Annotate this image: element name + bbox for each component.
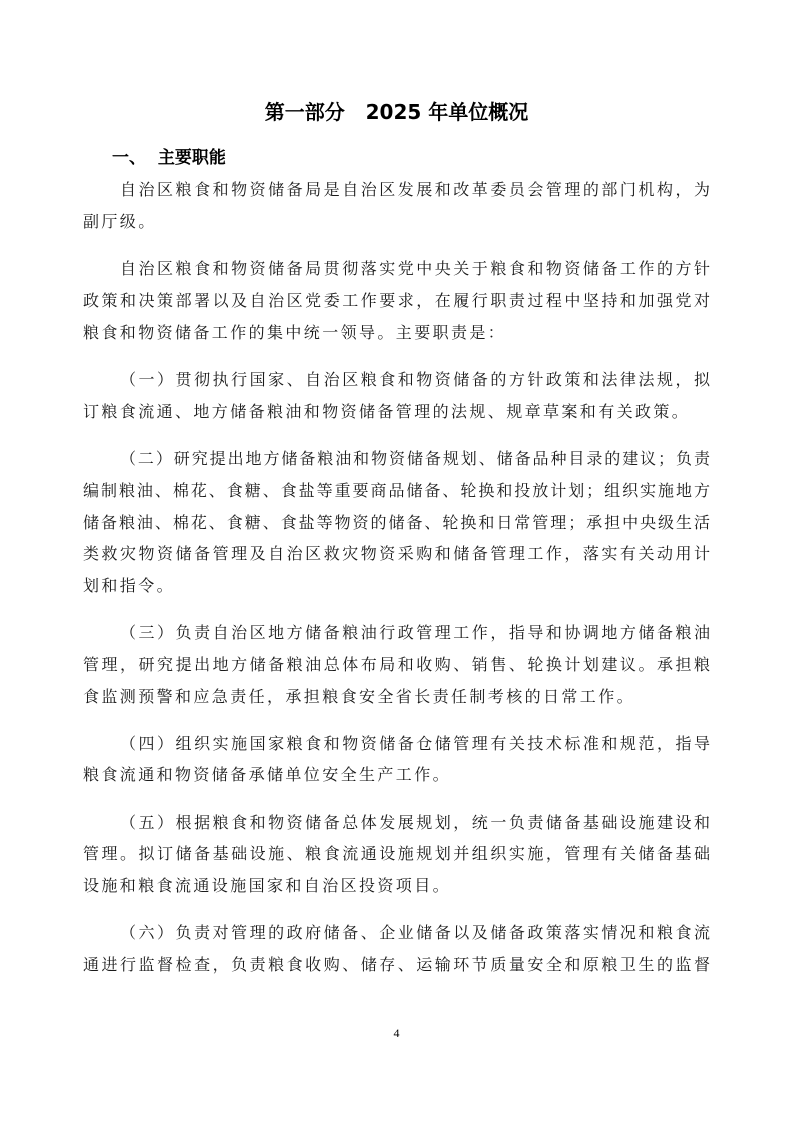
paragraph-line: 粮食流通和物资储备承储单位安全生产工作。 [83,763,710,787]
paragraph-line: 粮食和物资储备工作的集中统一领导。主要职责是： [83,321,710,345]
document-page: 第一部分 2025 年单位概况 一、 主要职能 自治区粮食和物资储备局是自治区发… [0,0,793,1122]
paragraph-line: 副厅级。 [83,210,710,234]
paragraph-line: 类救灾物资储备管理及自治区救灾物资采购和储备管理工作，落实有关动用计 [83,542,710,566]
page-title: 第一部分 2025 年单位概况 [0,99,793,125]
paragraph-line: 编制粮油、棉花、食糖、食盐等重要商品储备、轮换和投放计划；组织实施地方 [83,479,710,503]
section-heading: 一、 主要职能 [112,146,226,170]
paragraph-line: （五）根据粮食和物资储备总体发展规划，统一负责储备基础设施建设和 [83,811,710,835]
paragraph-line: 食监测预警和应急责任，承担粮食安全省长责任制考核的日常工作。 [83,685,710,709]
paragraph-line: 政策和决策部署以及自治区党委工作要求，在履行职责过程中坚持和加强党对 [83,289,710,313]
paragraph-line: 自治区粮食和物资储备局贯彻落实党中央关于粮食和物资储备工作的方针 [83,257,710,281]
paragraph-line: 储备粮油、棉花、食糖、食盐等物资的储备、轮换和日常管理；承担中央级生活 [83,511,710,535]
page-number: 4 [0,1026,793,1041]
paragraph-line: 设施和粮食流通设施国家和自治区投资项目。 [83,874,710,898]
paragraph-line: （一）贯彻执行国家、自治区粮食和物资储备的方针政策和法律法规，拟 [83,368,710,392]
paragraph-line: 订粮食流通、地方储备粮油和物资储备管理的法规、规章草案和有关政策。 [83,400,710,424]
paragraph-line: 管理，研究提出地方储备粮油总体布局和收购、销售、轮换计划建议。承担粮 [83,653,710,677]
paragraph-line: 自治区粮食和物资储备局是自治区发展和改革委员会管理的部门机构，为 [83,178,710,202]
paragraph-line: （二）研究提出地方储备粮油和物资储备规划、储备品种目录的建议；负责 [83,447,710,471]
paragraph-line: （六）负责对管理的政府储备、企业储备以及储备政策落实情况和粮食流 [83,921,710,945]
paragraph-line: 通进行监督检查，负责粮食收购、储存、运输环节质量安全和原粮卫生的监督 [83,953,710,977]
paragraph-line: 管理。拟订储备基础设施、粮食流通设施规划并组织实施，管理有关储备基础 [83,842,710,866]
paragraph-line: （三）负责自治区地方储备粮油行政管理工作，指导和协调地方储备粮油 [83,621,710,645]
paragraph-line: （四）组织实施国家粮食和物资储备仓储管理有关技术标准和规范，指导 [83,732,710,756]
paragraph-line: 划和指令。 [83,574,710,598]
